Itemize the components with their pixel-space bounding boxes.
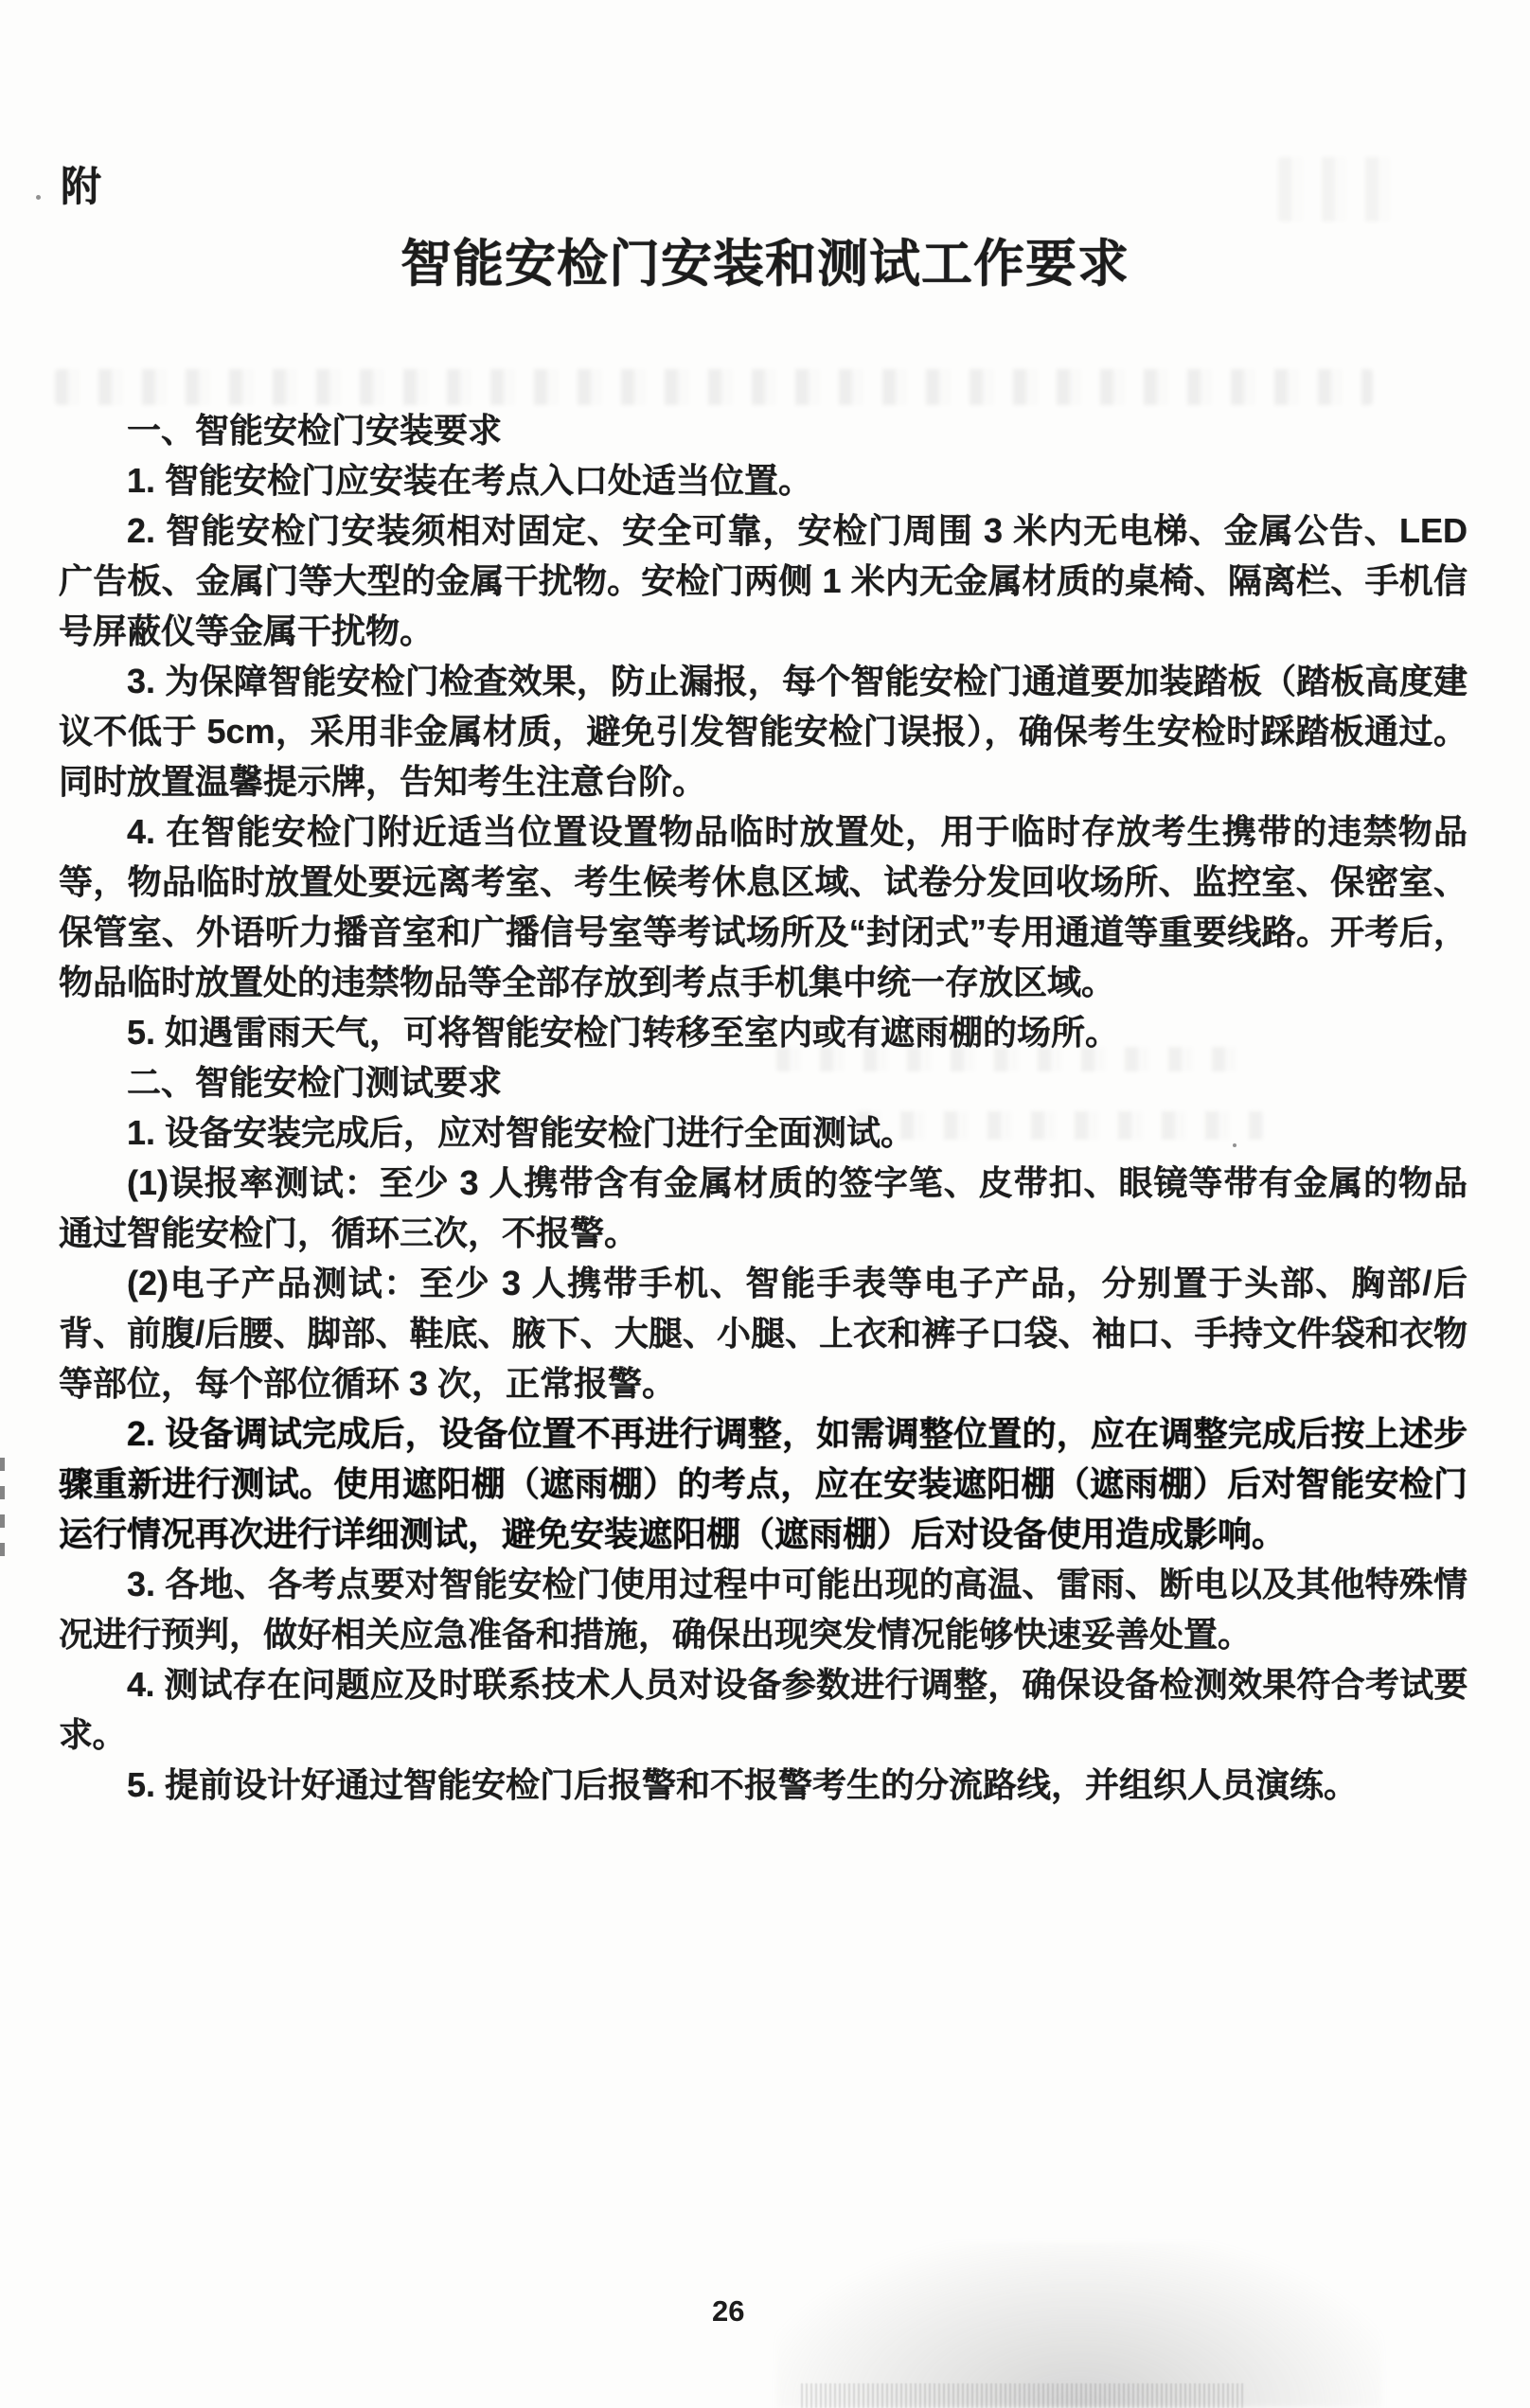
- scan-noise-top-right-mark: [1278, 157, 1397, 221]
- section-2-paragraph-7: 5. 提前设计好通过智能安检门后报警和不报警考生的分流路线，并组织人员演练。: [59, 1760, 1468, 1810]
- scan-noise-bottom-stripes: [801, 2383, 1246, 2408]
- section-2-paragraph-4: 2. 设备调试完成后，设备位置不再进行调整，如需调整位置的，应在调整完成后按上述…: [59, 1408, 1468, 1559]
- scan-noise-speck: [36, 195, 41, 200]
- section-1-paragraph-1: 1. 智能安检门应安装在考点入口处适当位置。: [59, 455, 1468, 505]
- section-2-paragraph-1: 1. 设备安装完成后，应对智能安检门进行全面测试。: [59, 1107, 1468, 1158]
- section-2-heading: 二、智能安检门测试要求: [59, 1057, 1468, 1107]
- page-number: 26: [712, 2294, 744, 2328]
- section-2-paragraph-6: 4. 测试存在问题应及时联系技术人员对设备参数进行调整，确保设备检测效果符合考试…: [59, 1659, 1468, 1760]
- section-1-paragraph-4: 4. 在智能安检门附近适当位置设置物品临时放置处，用于临时存放考生携带的违禁物品…: [59, 806, 1468, 1007]
- attachment-label: 附: [61, 155, 101, 213]
- document-page: 附 智能安检门安装和测试工作要求 一、智能安检门安装要求 1. 智能安检门应安装…: [0, 0, 1530, 2408]
- page-title: 智能安检门安装和测试工作要求: [0, 223, 1530, 296]
- document-body: 一、智能安检门安装要求 1. 智能安检门应安装在考点入口处适当位置。 2. 智能…: [59, 405, 1468, 1810]
- section-1-paragraph-5: 5. 如遇雷雨天气，可将智能安检门转移至室内或有遮雨棚的场所。: [59, 1007, 1468, 1057]
- section-1-paragraph-3: 3. 为保障智能安检门检查效果，防止漏报，每个智能安检门通道要加装踏板（踏板高度…: [59, 656, 1468, 806]
- section-2-paragraph-5: 3. 各地、各考点要对智能安检门使用过程中可能出现的高温、雷雨、断电以及其他特殊…: [59, 1559, 1468, 1659]
- scan-noise-left-edge: [0, 1458, 5, 1562]
- section-1-heading: 一、智能安检门安装要求: [59, 405, 1468, 455]
- section-2-paragraph-3: (2)电子产品测试：至少 3 人携带手机、智能手表等电子产品，分别置于头部、胸部…: [59, 1258, 1468, 1408]
- section-1-paragraph-2: 2. 智能安检门安装须相对固定、安全可靠，安检门周围 3 米内无电梯、金属公告、…: [59, 505, 1468, 656]
- scan-noise-ghost-text-band: [55, 369, 1373, 405]
- section-2-paragraph-2: (1)误报率测试：至少 3 人携带含有金属材质的签字笔、皮带扣、眼镜等带有金属的…: [59, 1158, 1468, 1258]
